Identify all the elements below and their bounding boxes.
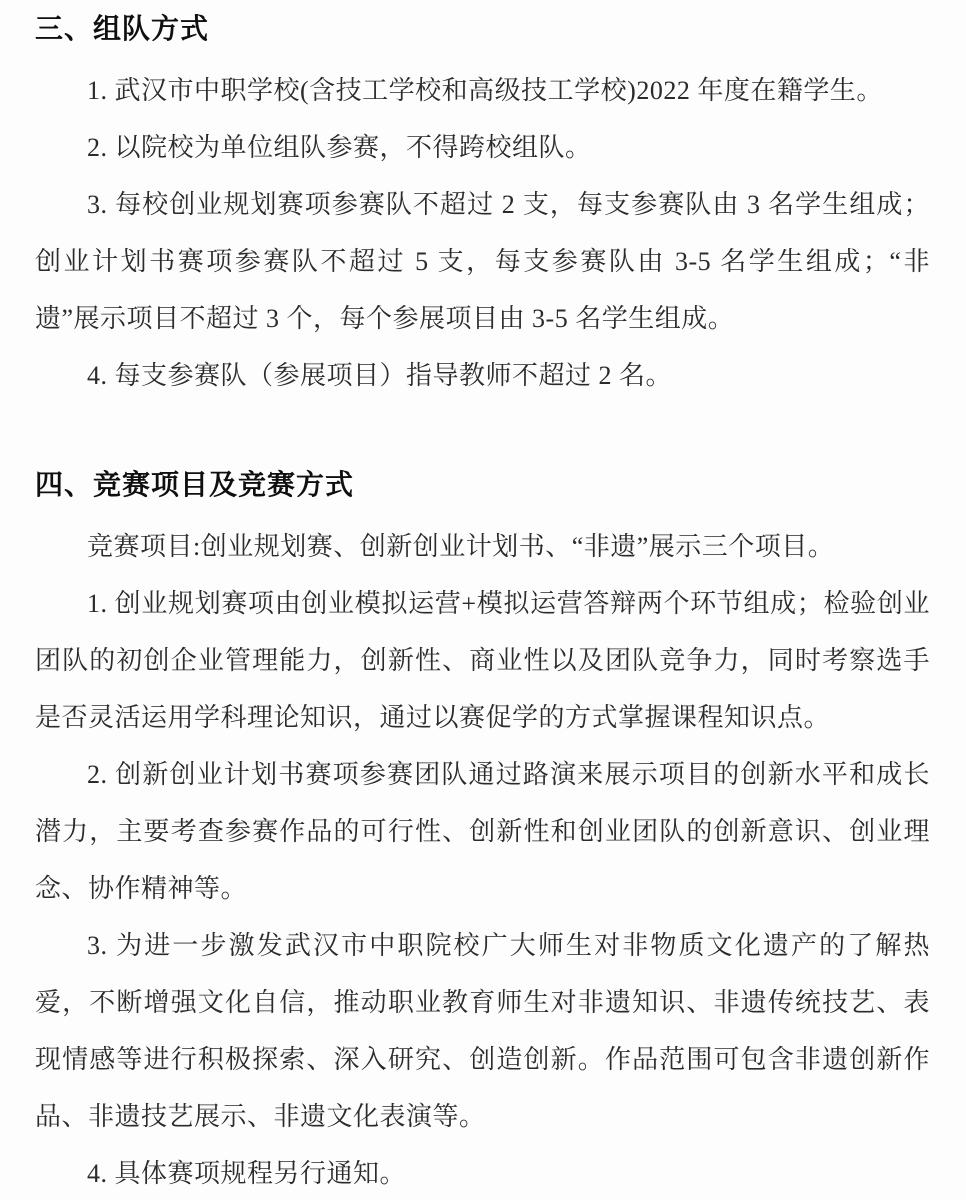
paragraph-rules-notice: 4. 具体赛项规程另行通知。 [35,1145,930,1200]
section-team-formation: 三、组队方式 1. 武汉市中职学校(含技工学校和高级技工学校)2022 年度在籍… [35,8,930,404]
paragraph-team-limits: 3. 每校创业规划赛项参赛队不超过 2 支，每支参赛队由 3 名学生组成；创业计… [35,176,930,347]
document-page: 三、组队方式 1. 武汉市中职学校(含技工学校和高级技工学校)2022 年度在籍… [0,0,966,1200]
paragraph-school-unit: 2. 以院校为单位组队参赛，不得跨校组队。 [35,119,930,176]
section-competition-items: 四、竞赛项目及竞赛方式 竞赛项目:创业规划赛、创新创业计划书、“非遗”展示三个项… [35,464,930,1200]
paragraph-items-overview: 竞赛项目:创业规划赛、创新创业计划书、“非遗”展示三个项目。 [35,518,930,575]
section-heading-team-formation: 三、组队方式 [35,8,930,50]
paragraph-item-business-plan-contest: 1. 创业规划赛项由创业模拟运营+模拟运营答辩两个环节组成；检验创业团队的初创企… [35,575,930,746]
paragraph-item-intangible-heritage: 3. 为进一步激发武汉市中职院校广大师生对非物质文化遗产的了解热爱，不断增强文化… [35,917,930,1145]
paragraph-instructor-limit: 4. 每支参赛队（参展项目）指导教师不超过 2 名。 [35,347,930,404]
paragraph-item-innovation-plan-book: 2. 创新创业计划书赛项参赛团队通过路演来展示项目的创新水平和成长潜力，主要考查… [35,746,930,917]
paragraph-eligibility: 1. 武汉市中职学校(含技工学校和高级技工学校)2022 年度在籍学生。 [35,62,930,119]
section-heading-competition-items: 四、竞赛项目及竞赛方式 [35,464,930,506]
